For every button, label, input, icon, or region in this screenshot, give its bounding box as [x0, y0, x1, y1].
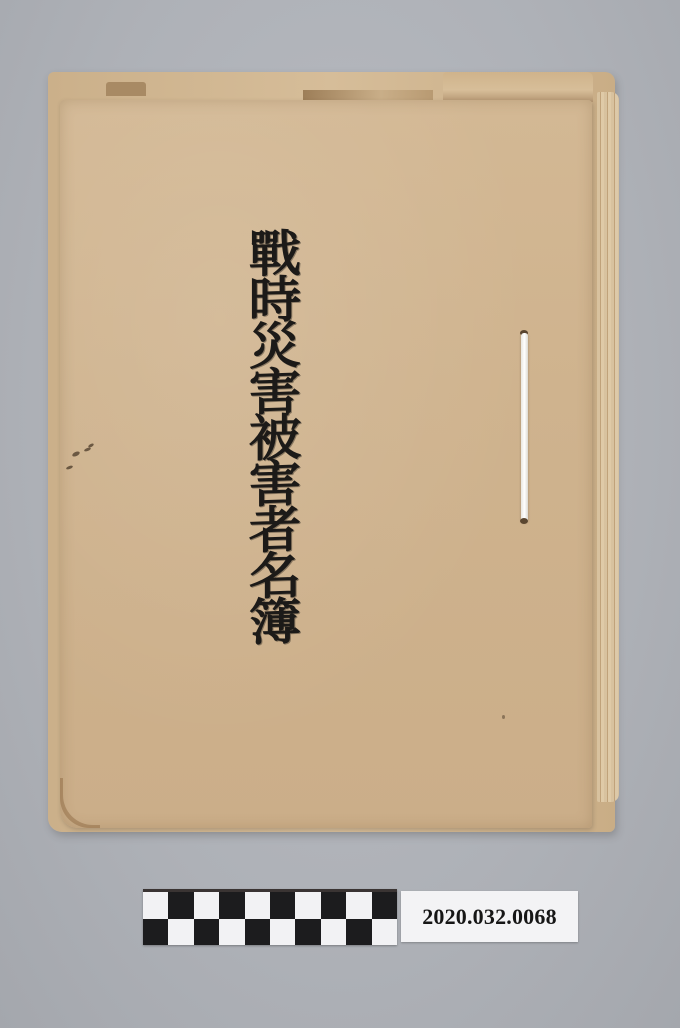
scale-square [372, 919, 397, 946]
binding-string [521, 333, 528, 523]
cover-title-calligraphy: 戰時災害被害者名簿 [213, 227, 297, 644]
torn-edge-right [443, 72, 593, 102]
scale-square [219, 892, 244, 919]
scale-square [245, 919, 270, 946]
photo-stage: 戰時災害被害者名簿 2020.032.0068 [0, 0, 680, 1028]
booklet-front-cover [60, 100, 592, 828]
binding-hole-bottom [520, 518, 528, 524]
scale-square [372, 892, 397, 919]
scale-square [346, 919, 371, 946]
scale-square [194, 919, 219, 946]
scale-square [295, 919, 320, 946]
scale-square [270, 892, 295, 919]
scale-square [143, 892, 168, 919]
torn-edge-left [106, 82, 146, 96]
scale-square [321, 919, 346, 946]
scale-square [245, 892, 270, 919]
scale-square [295, 892, 320, 919]
ink-smudge [502, 715, 505, 719]
scale-square [168, 919, 193, 946]
scale-square [219, 919, 244, 946]
scale-square [346, 892, 371, 919]
accession-number-label: 2020.032.0068 [401, 891, 578, 942]
scale-square [168, 892, 193, 919]
scale-square [321, 892, 346, 919]
scale-square [194, 892, 219, 919]
scale-square [143, 919, 168, 946]
color-scale-bar [143, 889, 397, 945]
scale-square [270, 919, 295, 946]
page-stack-edge [597, 92, 619, 802]
torn-edge-middle [303, 90, 433, 100]
